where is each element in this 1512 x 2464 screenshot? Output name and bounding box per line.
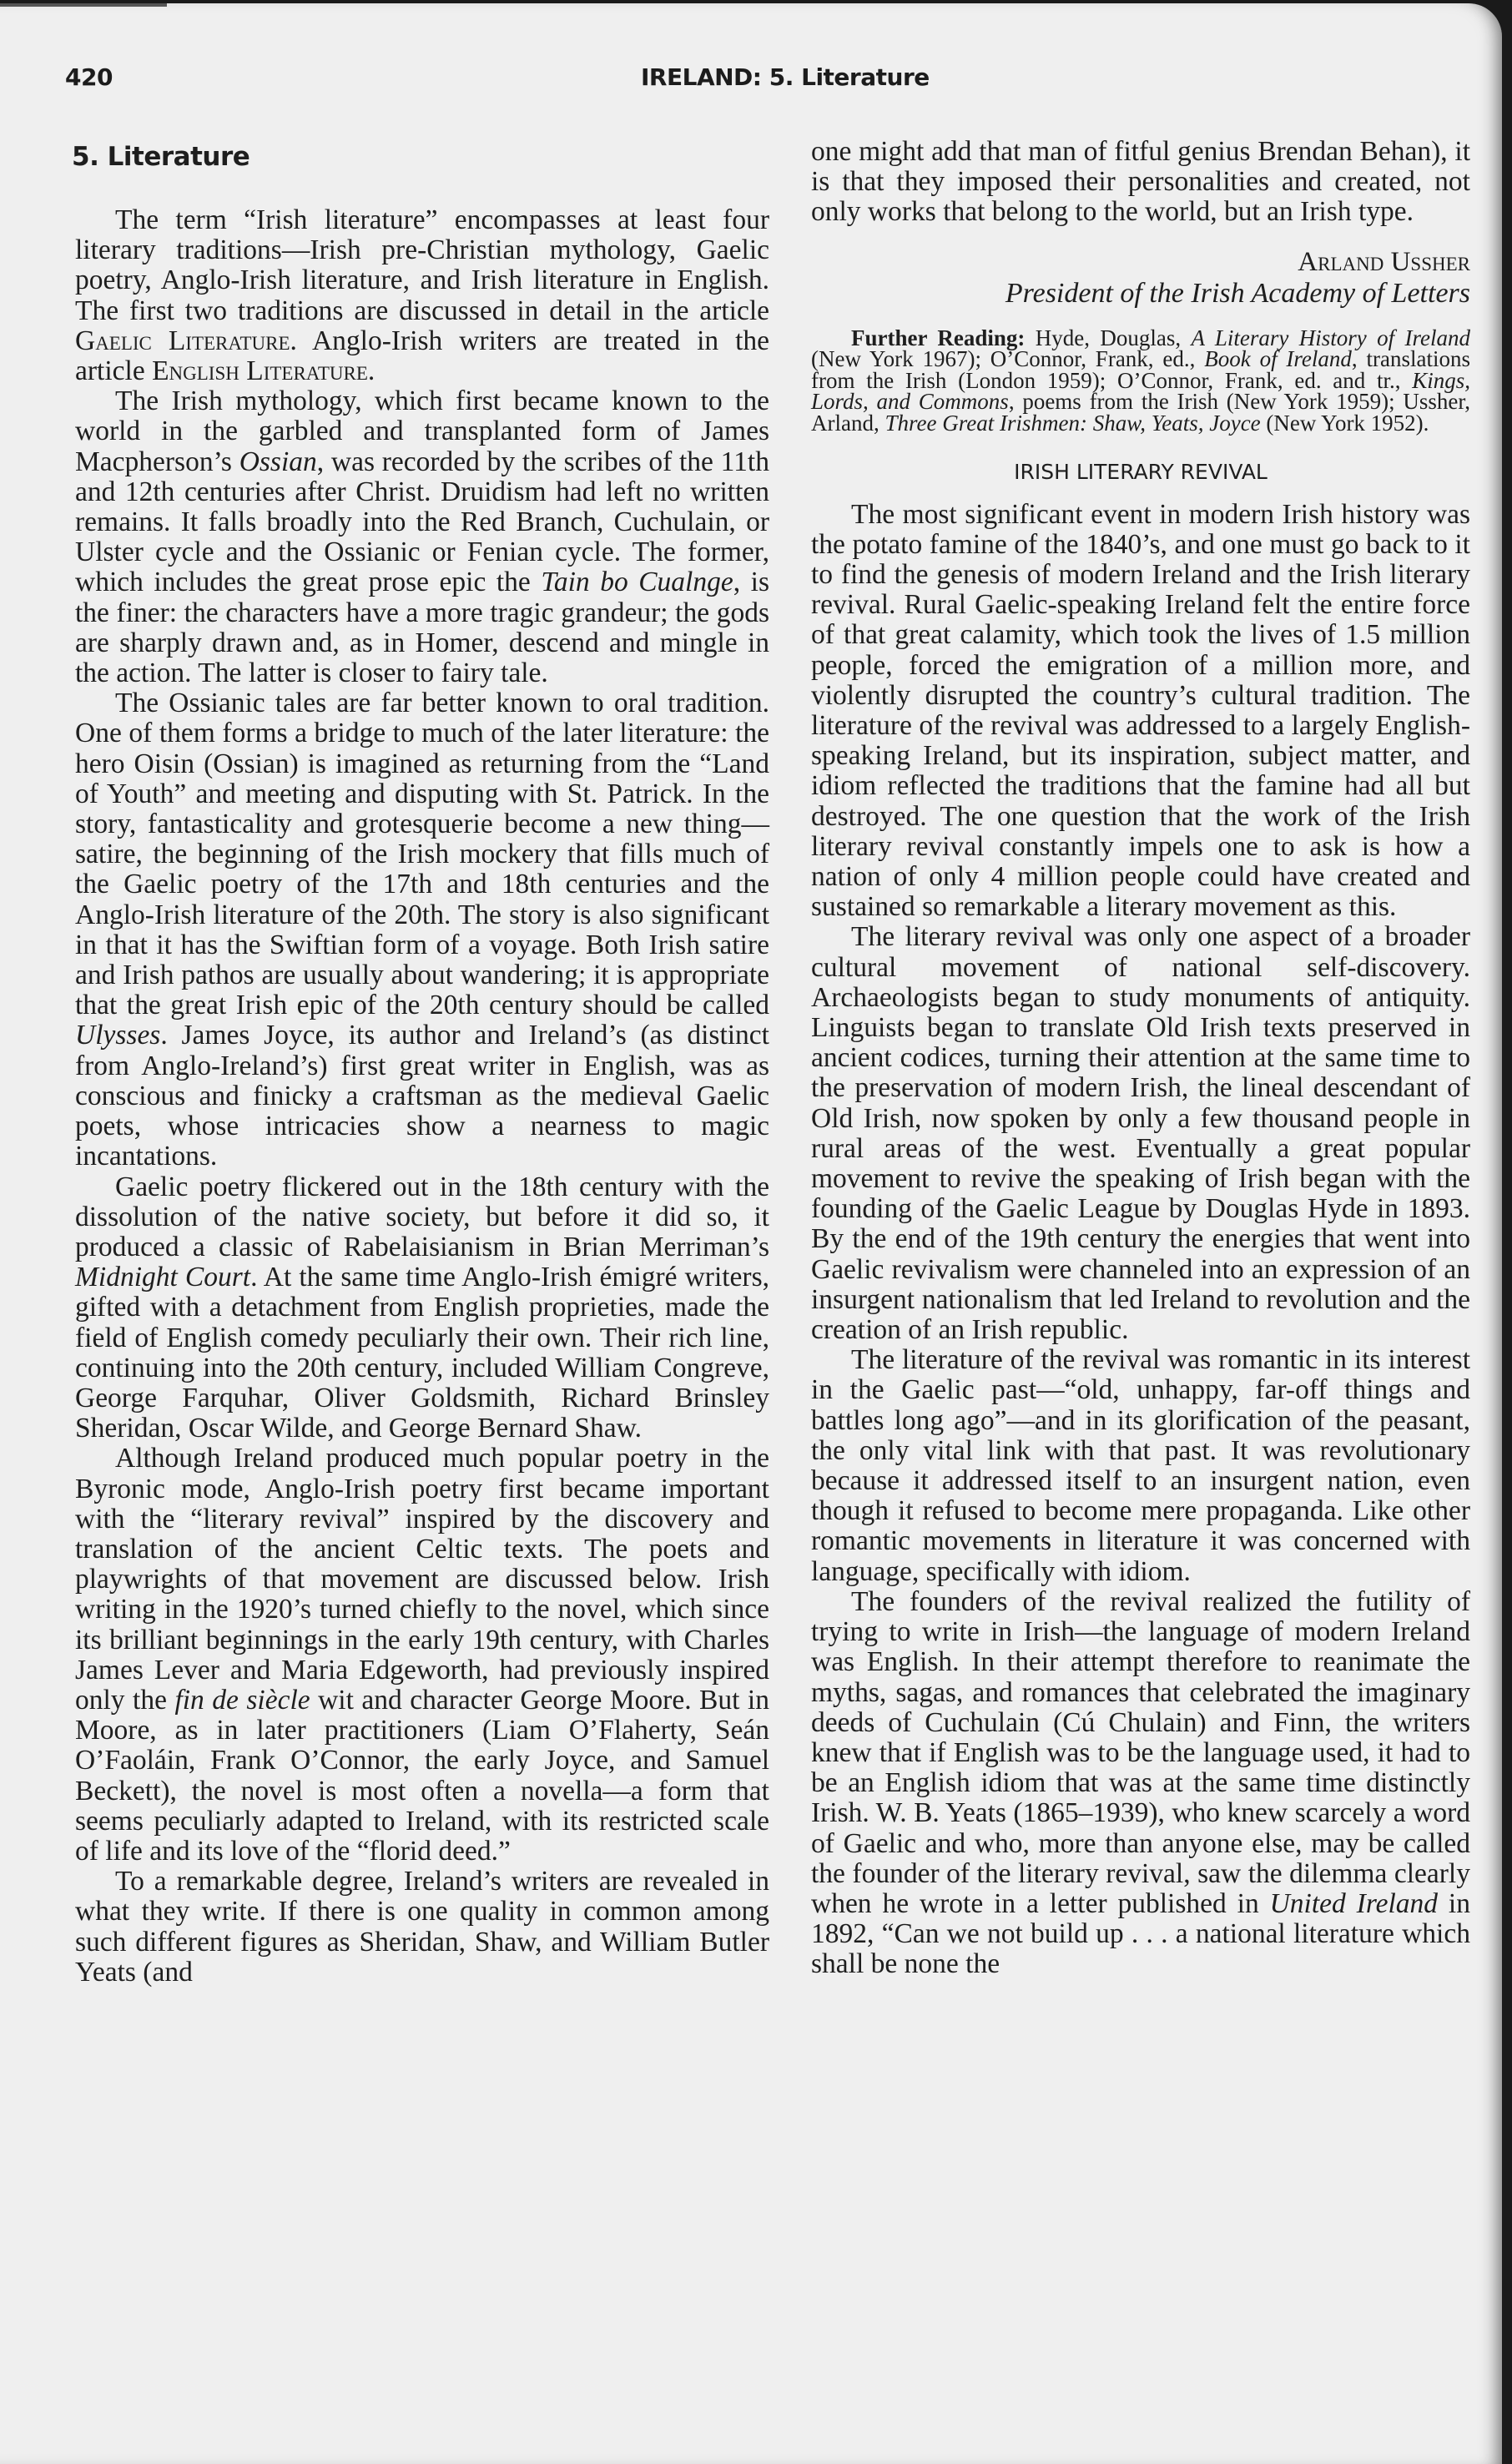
- work-title: Tain bo Cualnge: [541, 567, 733, 597]
- paragraph-intro: The term “Irish literature” encompasses …: [75, 205, 769, 386]
- page-number: 420: [65, 63, 113, 91]
- work-title: Ulysses: [75, 1020, 160, 1051]
- paragraph-famine: The most significant event in modern Iri…: [811, 500, 1470, 923]
- paragraph-ossianic: The Ossianic tales are far better known …: [75, 688, 769, 1172]
- running-head: 420 IRELAND: 5. Literature: [65, 63, 1452, 97]
- work-title: Ossian: [239, 446, 317, 477]
- text: (New York 1952).: [1261, 411, 1429, 436]
- text: .: [368, 355, 375, 386]
- paragraph-continued: one might add that man of fitful genius …: [811, 137, 1470, 228]
- author-signature: Arland Ussher President of the Irish Aca…: [811, 246, 1470, 310]
- italic-phrase: fin de siècle: [174, 1685, 310, 1716]
- paragraph-gaelic-poetry: Gaelic poetry flickered out in the 18th …: [75, 1172, 769, 1444]
- paragraph-romantic: The literature of the revival was romant…: [811, 1345, 1470, 1587]
- author-name: Arland Ussher: [811, 246, 1470, 278]
- scan-edge: [0, 3, 167, 7]
- further-reading: Further Reading: Hyde, Douglas, A Litera…: [811, 328, 1470, 435]
- cross-reference-english-literature[interactable]: English Literature: [152, 355, 368, 386]
- text: . James Joyce, its author and Ireland’s …: [75, 1020, 769, 1172]
- book-page: 420 IRELAND: 5. Literature 5. Literature…: [0, 3, 1502, 2464]
- subsection-heading: IRISH LITERARY REVIVAL: [811, 460, 1470, 485]
- text: To a remarkable degree, Ireland’s writer…: [75, 1866, 769, 1988]
- text: Although Ireland produced much popular p…: [75, 1443, 769, 1716]
- text: Gaelic poetry flickered out in the 18th …: [75, 1172, 769, 1262]
- work-title: Midnight Court: [75, 1262, 250, 1292]
- paragraph-anglo-irish-poetry: Although Ireland produced much popular p…: [75, 1444, 769, 1867]
- paragraph-mythology: The Irish mythology, which first became …: [75, 386, 769, 688]
- author-affiliation: President of the Irish Academy of Letter…: [811, 278, 1470, 310]
- left-column: 5. Literature The term “Irish literature…: [75, 137, 769, 1988]
- book-title: Three Great Irishmen: Shaw, Yeats, Joyce: [885, 411, 1260, 436]
- cross-reference-gaelic-literature[interactable]: Gaelic Literature: [75, 325, 290, 356]
- running-head-title: IRELAND: 5. Literature: [641, 63, 930, 91]
- publication-title: United Ireland: [1270, 1888, 1438, 1919]
- paragraph-writers-revealed: To a remarkable degree, Ireland’s writer…: [75, 1867, 769, 1988]
- text: The founders of the revival realized the…: [811, 1586, 1470, 1919]
- paragraph-founders: The founders of the revival realized the…: [811, 1587, 1470, 1980]
- section-heading: 5. Literature: [72, 142, 769, 172]
- text: The Ossianic tales are far better known …: [75, 688, 769, 1020]
- paragraph-cultural-movement: The literary revival was only one aspect…: [811, 922, 1470, 1345]
- text: The term “Irish literature” encompasses …: [75, 204, 769, 326]
- right-column: one might add that man of fitful genius …: [811, 137, 1470, 1980]
